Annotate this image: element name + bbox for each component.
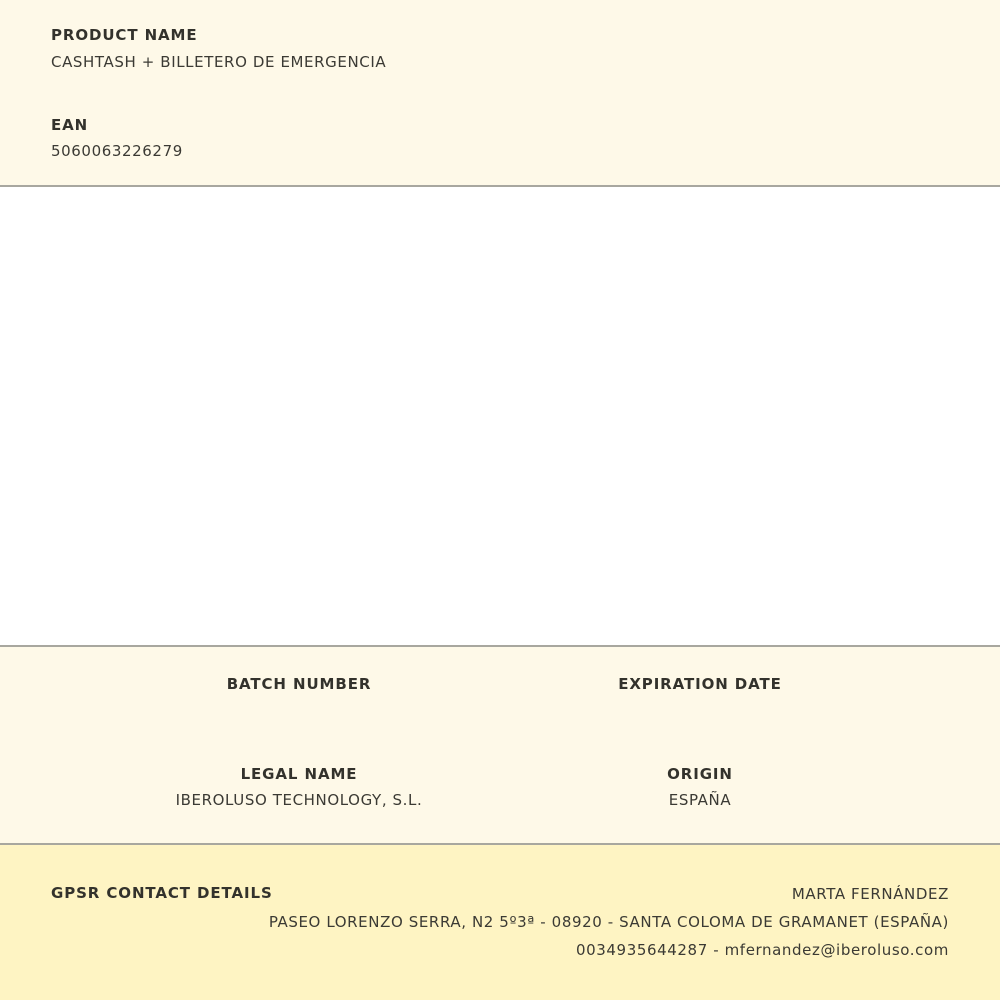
product-name-block: PRODUCT NAME CASHTASH + BILLETERO DE EME… (51, 26, 386, 71)
batch-number-label: BATCH NUMBER (99, 675, 499, 693)
ean-value: 5060063226279 (51, 142, 183, 160)
origin-label: ORIGIN (500, 765, 900, 783)
legal-name-label: LEGAL NAME (99, 765, 499, 783)
product-info-section: PRODUCT NAME CASHTASH + BILLETERO DE EME… (0, 0, 1000, 187)
blank-area (0, 187, 1000, 645)
gpsr-contact-details: MARTA FERNÁNDEZ PASEO LORENZO SERRA, N2 … (269, 884, 949, 964)
gpsr-contact-section: GPSR CONTACT DETAILS MARTA FERNÁNDEZ PAS… (0, 845, 1000, 1000)
origin-value: ESPAÑA (500, 791, 900, 809)
product-name-value: CASHTASH + BILLETERO DE EMERGENCIA (51, 53, 386, 71)
ean-block: EAN 5060063226279 (51, 116, 183, 160)
gpsr-contact-label: GPSR CONTACT DETAILS (51, 884, 273, 902)
product-name-label: PRODUCT NAME (51, 26, 386, 44)
ean-label: EAN (51, 116, 183, 134)
origin-block: ORIGIN ESPAÑA (500, 765, 900, 809)
batch-number-block: BATCH NUMBER (99, 675, 499, 701)
legal-name-block: LEGAL NAME IBEROLUSO TECHNOLOGY, S.L. (99, 765, 499, 809)
contact-address: PASEO LORENZO SERRA, N2 5º3ª - 08920 - S… (269, 908, 949, 936)
contact-name: MARTA FERNÁNDEZ (269, 884, 949, 904)
expiration-date-label: EXPIRATION DATE (500, 675, 900, 693)
product-details-section: BATCH NUMBER EXPIRATION DATE LEGAL NAME … (0, 645, 1000, 845)
legal-name-value: IBEROLUSO TECHNOLOGY, S.L. (99, 791, 499, 809)
contact-phone-email: 0034935644287 - mfernandez@iberoluso.com (269, 936, 949, 964)
expiration-date-block: EXPIRATION DATE (500, 675, 900, 701)
